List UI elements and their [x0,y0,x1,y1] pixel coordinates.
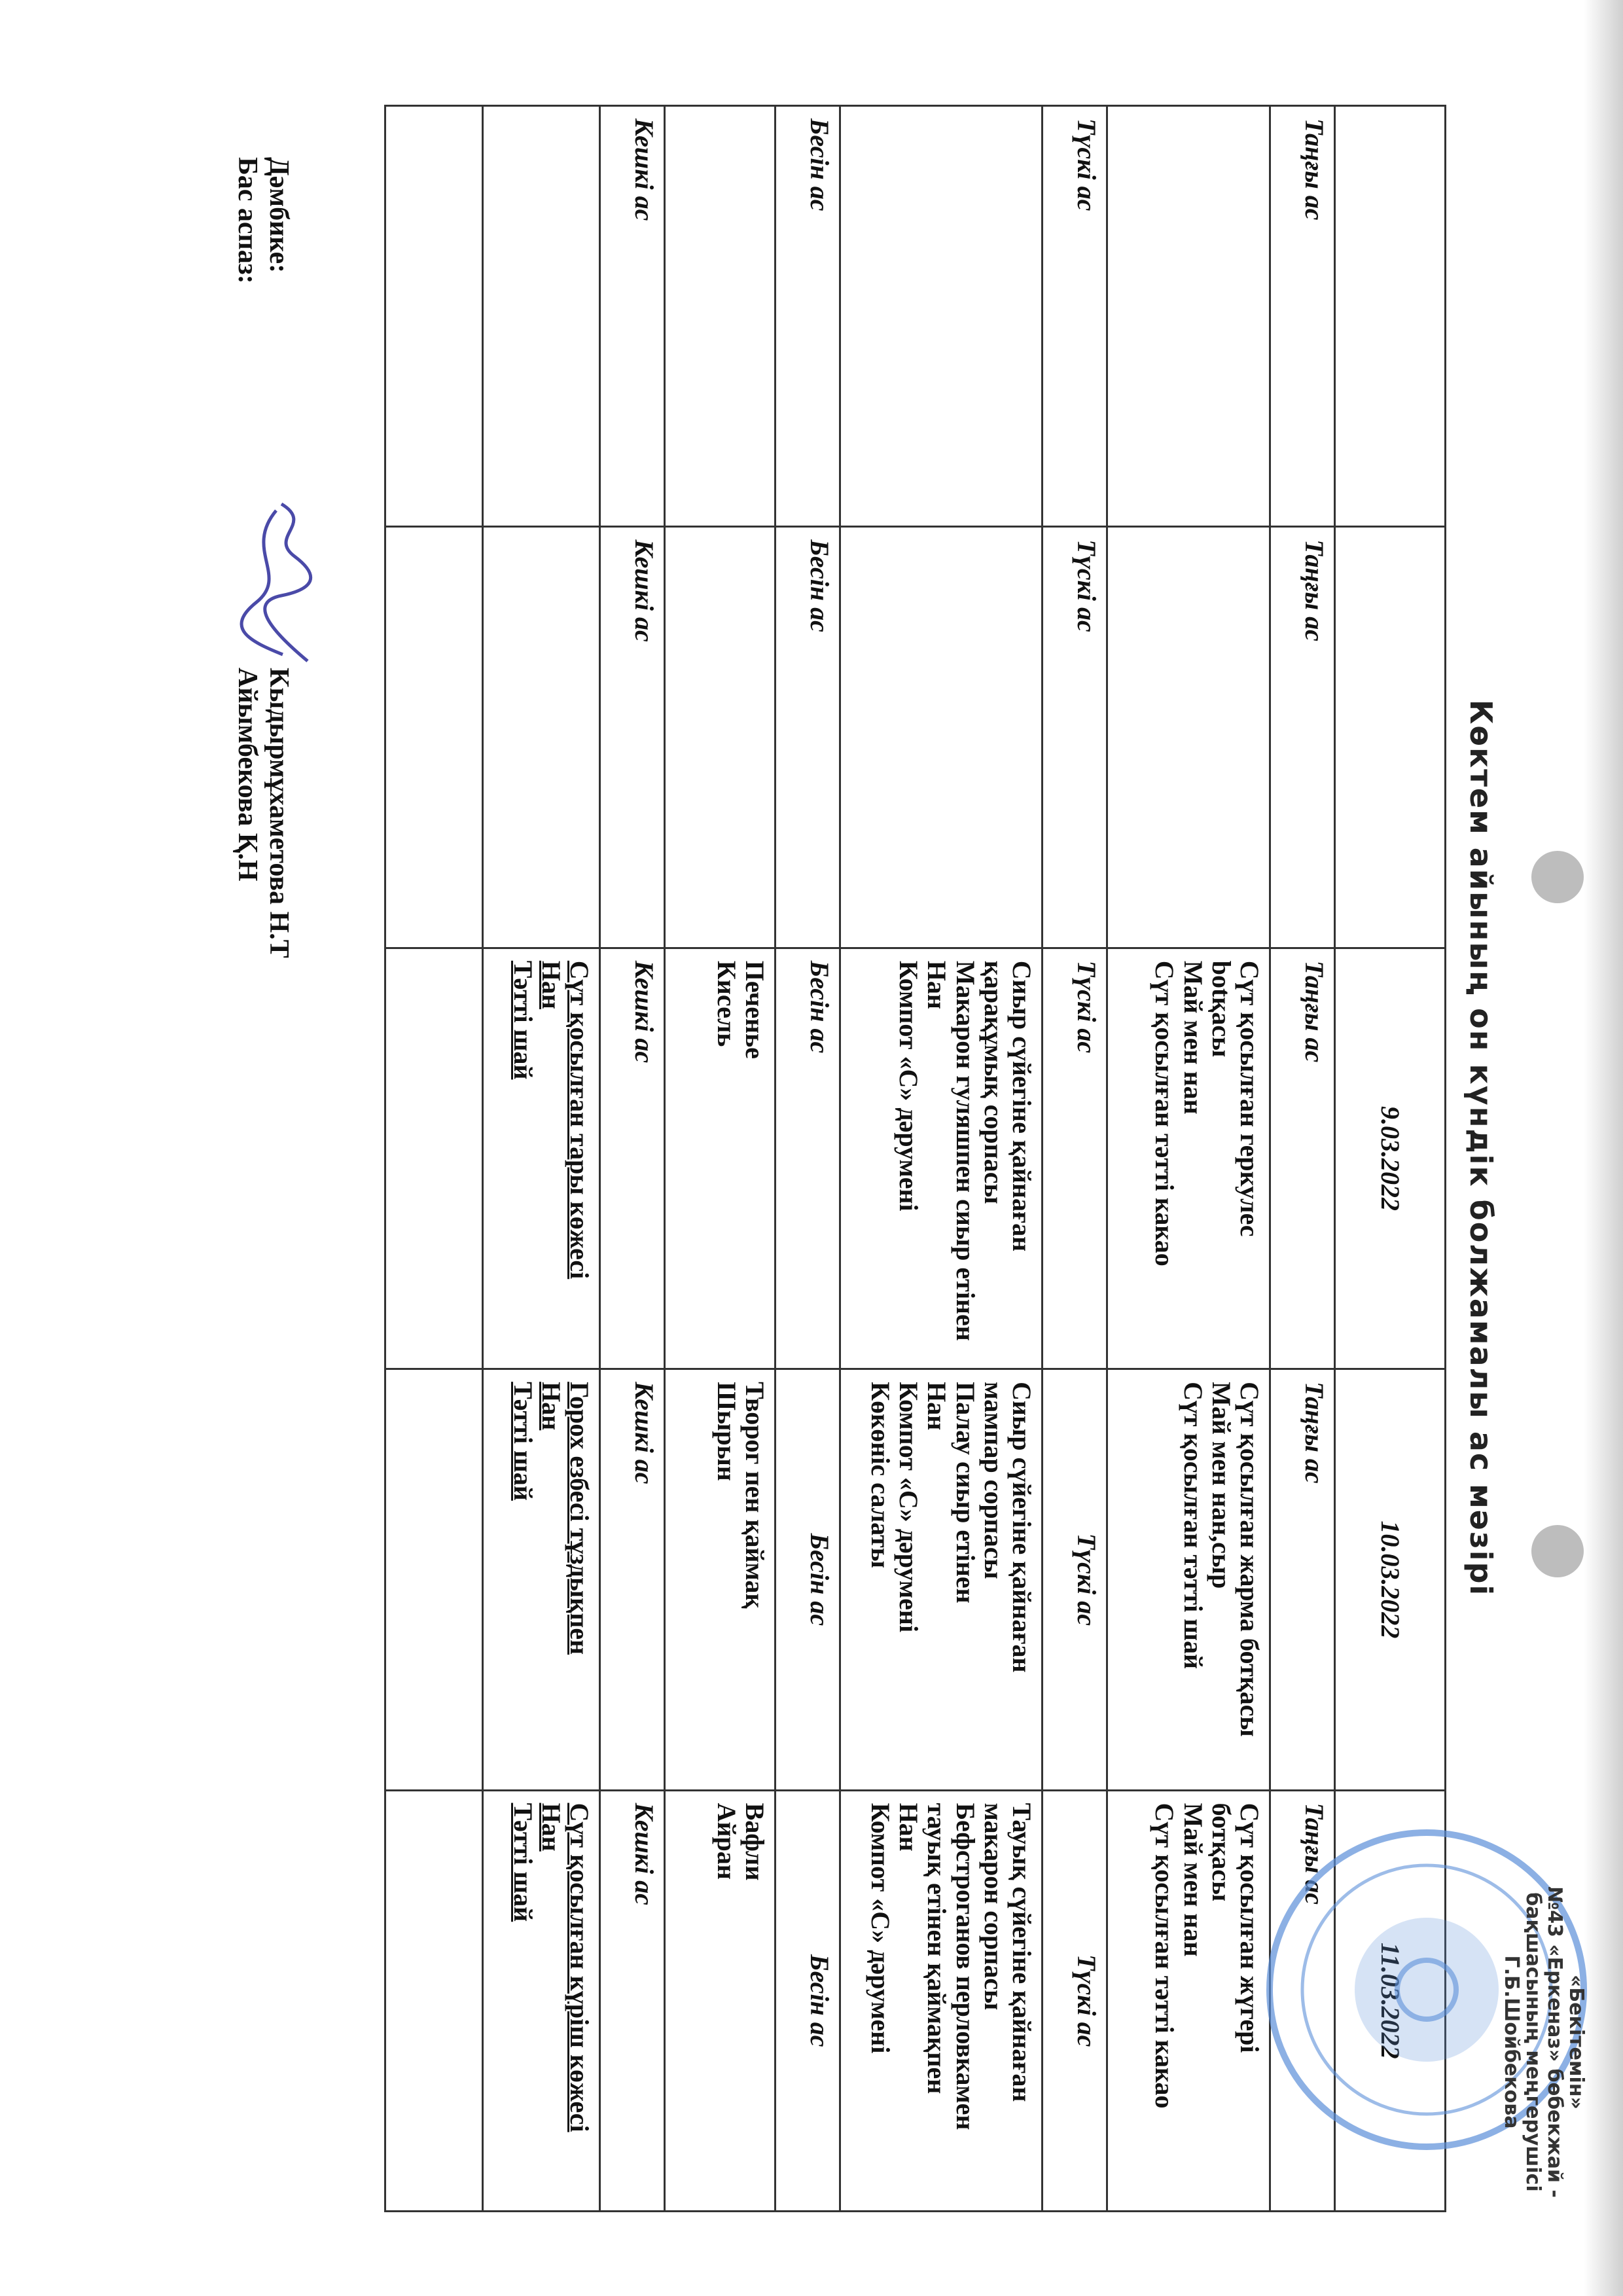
chef-signature-line: Бас аспаз: Айымбекова Қ.Н [232,157,263,958]
menu-item: Май мен нан,сыр [1207,1382,1236,1777]
menu-item: Тәтті шай [508,961,537,1356]
meal-dinner-label: Кешкі ас [600,106,665,527]
menu-item: Нан [923,1382,951,1777]
menu-item: Компот «С» дәрумені [895,961,923,1356]
empty-cell [385,1790,483,2211]
meal-lunch-items-row: Сиыр сүйегіне қайнағанқарақұмық сорпасыМ… [840,106,1043,2212]
punch-hole [1531,851,1584,903]
stamp-line: №43 «Еркеназ» бөбекжай - [1544,1878,1565,2206]
menu-item: Компот «С» дәрумені [895,1382,923,1777]
date-header [1335,527,1446,948]
meal-lunch-label: Түскі ас [1043,106,1107,527]
menu-item: Нан [537,1382,565,1777]
meal-dinner-items-cell: Сүт қосылған күріш көжесіНанТәтті шай [483,1790,600,2211]
stamp-approval-text: «Бекітемін»№43 «Еркеназ» бөбекжай -бақша… [1501,1878,1587,2206]
meal-lunch-items-cell: Тауық сүйегіне қайнағанмакарон сорпасыБе… [840,1790,1043,2211]
menu-item: Көкөніс салаты [866,1382,895,1777]
meal-lunch-items-cell: Сиыр сүйегіне қайнағанмампар сорпасыПала… [840,1369,1043,1790]
meal-dinner-items-cell: Горох езбесі тұздықпенНанТәтті шай [483,1369,600,1790]
meal-snack-items-cell [665,106,776,527]
menu-item: Сүт қосылған тәтті шай [1179,1382,1207,1777]
meal-lunch-label: Түскі ас [1043,527,1107,948]
menu-item: макарон сорпасы [980,1803,1008,2198]
menu-item: Вафли [741,1803,769,2198]
meal-breakfast-items-row: Сүт қосылған геркулесbotқасыМай мен нанС… [1107,106,1270,2212]
meal-lunch-items-cell: Сиыр сүйегіне қайнағанқарақұмық сорпасыМ… [840,948,1043,1369]
menu-item: Компот «С» дәрумені [866,1803,895,2198]
menu-item: Горох езбесі тұздықпен [565,1382,594,1777]
meal-lunch-label: Түскі ас [1043,948,1107,1369]
meal-dinner-items-cell [483,106,600,527]
meal-breakfast-items-cell: Сүт қосылған жүгеріботқасыМай мен нанСүт… [1107,1790,1270,2211]
menu-item: Сүт қосылған жарма ботқасы [1236,1382,1264,1777]
meal-breakfast-label: Таңғы ас [1270,106,1335,527]
meal-dinner-label-row: Кешкі асКешкі асКешкі асКешкі асКешкі ас [600,106,665,2212]
menu-item: Творог пен қаймақ [741,1382,769,1777]
empty-cell [385,948,483,1369]
menu-item: Тәтті шай [508,1382,537,1777]
menu-item: Сүт қосылған күріш көжесі [565,1803,594,2198]
menu-item: botқасы [1207,961,1236,1356]
menu-item: тауық етінен қаймақпен [923,1803,951,2198]
chef-label: Бас аспаз: [232,157,263,497]
meal-snack-items-cell [665,527,776,948]
meal-lunch-items-cell [840,527,1043,948]
meal-breakfast-label: Таңғы ас [1270,948,1335,1369]
stamp-line: бақшасының меңгерушісі [1522,1878,1544,2206]
menu-item: Май мен нан [1179,961,1207,1356]
meal-dinner-label: Кешкі ас [600,948,665,1369]
meal-snack-label: Бесін ас [776,1369,840,1790]
menu-item: Сиыр сүйегіне қайнаған [1008,1382,1036,1777]
menu-item: Макарон гуляшпен сиыр етінен [951,961,979,1356]
meal-snack-items-cell: ВафлиАйран [665,1790,776,2211]
menu-item: Сиыр сүйегіне қайнаған [1008,961,1036,1356]
menu-item: Тәтті шай [508,1803,537,2198]
menu-item: Бефстроганов перловкамен [951,1803,979,2198]
meal-dinner-items-cell [483,527,600,948]
menu-item: Сүт қосылған тәтті какао [1150,1803,1179,2198]
date-header [1335,106,1446,527]
meal-breakfast-items-cell: Сүт қосылған жарма ботқасыМай мен нан,сы… [1107,1369,1270,1790]
date-header: 10.03.2022 [1335,1369,1446,1790]
menu-item: ботқасы [1207,1803,1236,2198]
menu-item: Нан [537,961,565,1356]
meal-lunch-items-cell [840,106,1043,527]
menu-item: Нан [923,961,951,1356]
meal-breakfast-items-cell [1107,527,1270,948]
meal-snack-label: Бесін ас [776,106,840,527]
menu-item: мампар сорпасы [980,1382,1008,1777]
meal-snack-label: Бесін ас [776,527,840,948]
meal-snack-items-cell: ПеченьеКисель [665,948,776,1369]
meal-breakfast-items-cell [1107,106,1270,527]
empty-row [385,106,483,2212]
meal-lunch-label: Түскі ас [1043,1790,1107,2211]
chef-signature-icon [232,497,263,668]
menu-item: Нан [895,1803,923,2198]
meal-dinner-items-cell: Сүт қосылған тары көжесіНанТәтті шай [483,948,600,1369]
meal-dinner-label: Кешкі ас [600,527,665,948]
menu-item: қарақұмық сорпасы [980,961,1008,1356]
stamp-line: Г.Б.Шойбекова [1501,1878,1522,2206]
menu-item: Палау сиыр етінен [951,1382,979,1777]
meal-breakfast-items-cell: Сүт қосылған геркулесbotқасыМай мен нанС… [1107,948,1270,1369]
approver-name: Кыдырмұхаметова Н.Т [263,668,294,958]
menu-item: Айран [713,1803,741,2198]
meal-dinner-label: Кешкі ас [600,1369,665,1790]
meal-snack-label: Бесін ас [776,948,840,1369]
meal-snack-items-row: ПеченьеКисельТворог пен қаймақШырынВафли… [665,106,776,2212]
menu-item: Сүт қосылған тәтті какао [1150,961,1179,1356]
menu-item: Тауық сүйегіне қайнаған [1008,1803,1036,2198]
punch-hole [1531,1525,1584,1577]
menu-item: Кисель [713,961,741,1356]
menu-item: Печенье [741,961,769,1356]
stamp-line: «Бекітемін» [1565,1878,1587,2206]
menu-item: Шырын [713,1382,741,1777]
empty-cell [385,1369,483,1790]
meal-breakfast-label: Таңғы ас [1270,527,1335,948]
approver-label: Дәмбике: [263,157,294,497]
menu-item: Нан [537,1803,565,2198]
menu-item: Сүт қосылған геркулес [1236,961,1264,1356]
meal-breakfast-label: Таңғы ас [1270,1369,1335,1790]
meal-snack-label-row: Бесін асБесін асБесін асБесін асБесін ас [776,106,840,2212]
meal-snack-items-cell: Творог пен қаймақШырын [665,1369,776,1790]
meal-dinner-label: Кешкі ас [600,1790,665,2211]
chef-name: Айымбекова Қ.Н [232,668,263,881]
meal-lunch-label: Түскі ас [1043,1369,1107,1790]
meal-lunch-label-row: Түскі асТүскі асТүскі асТүскі асТүскі ас [1043,106,1107,2212]
empty-cell [385,527,483,948]
meal-snack-label: Бесін ас [776,1790,840,2211]
menu-item: Сүт қосылған тары көжесі [565,961,594,1356]
document-page: Көктем айының он күндік болжамалы ас мәз… [0,0,1623,2296]
date-header: 9.03.2022 [1335,948,1446,1369]
empty-cell [385,106,483,527]
signature-block: Дәмбике: Кыдырмұхаметова Н.Т Бас аспаз: … [232,157,294,958]
meal-dinner-items-row: Сүт қосылған тары көжесіНанТәтті шайГоро… [483,106,600,2212]
menu-item: Май мен нан [1179,1803,1207,2198]
